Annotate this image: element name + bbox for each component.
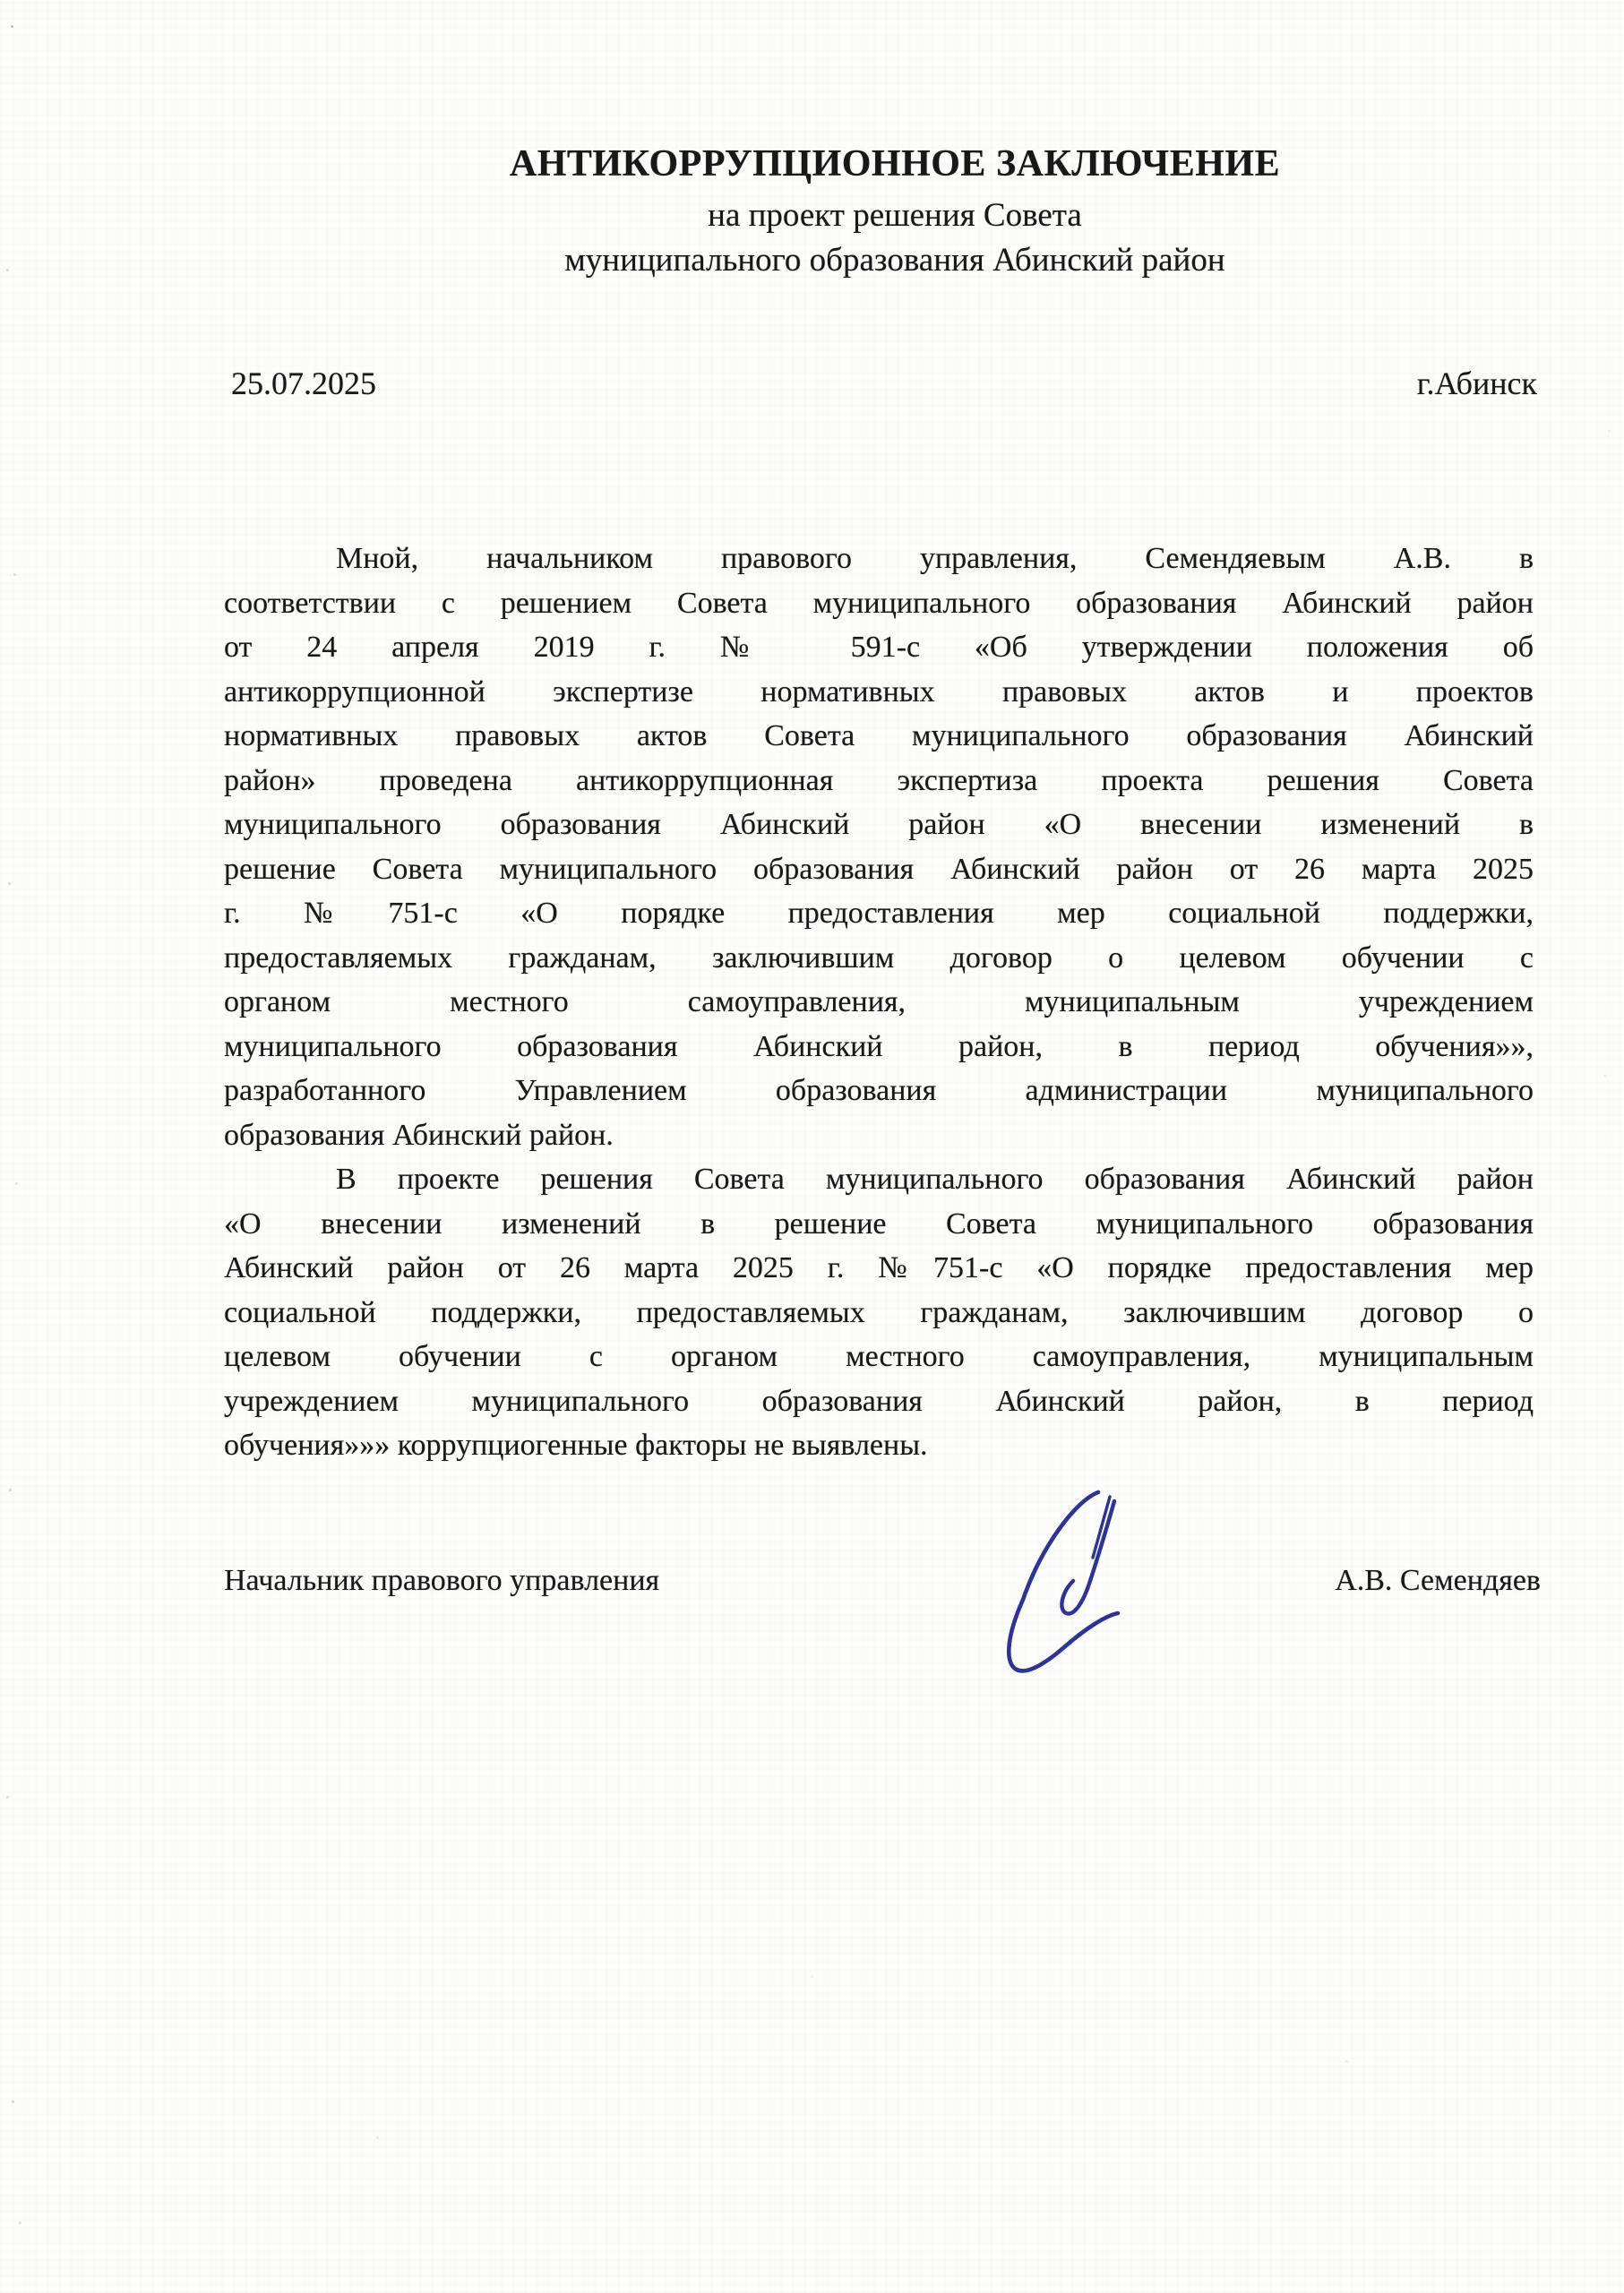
text-line: г. №751-с «О порядке предоставления мер … (224, 891, 1534, 936)
text-line: органом местного самоуправления, муницип… (224, 980, 1534, 1025)
document-date: 25.07.2025 (231, 362, 376, 406)
text-line: соответствии с решением Совета муниципал… (224, 581, 1534, 626)
text-line: муниципального образования Абинский райо… (224, 803, 1534, 847)
document-header: АНТИКОРРУПЦИОННОЕ ЗАКЛЮЧЕНИЕ на проект р… (240, 142, 1550, 283)
scan-noise-speckles (0, 0, 3, 3)
signature-strokes (1009, 1492, 1118, 1670)
text-line: предоставляемых гражданам, заключившим д… (224, 936, 1534, 981)
scanned-document-page: АНТИКОРРУПЦИОННОЕ ЗАКЛЮЧЕНИЕ на проект р… (0, 0, 1624, 2293)
text-line: Мной, начальником правового управления, … (224, 537, 1534, 581)
document-place: г.Абинск (1417, 362, 1537, 406)
text-line: район» проведена антикоррупционная экспе… (224, 759, 1534, 803)
document-body: Мной, начальником правового управления, … (224, 537, 1534, 1468)
signatory-name: А.В. Семендяев (1335, 1559, 1541, 1602)
document-title: АНТИКОРРУПЦИОННОЕ ЗАКЛЮЧЕНИЕ (240, 142, 1550, 186)
text-line: обучения»»» коррупциогенные факторы не в… (224, 1423, 1534, 1468)
text-line: решение Совета муниципального образовани… (224, 847, 1534, 892)
text-line: от 24 апреля 2019 г. № 591-с «Об утвержд… (224, 625, 1534, 670)
text-line: учреждением муниципального образования А… (224, 1379, 1534, 1424)
text-line: В проекте решения Совета муниципального … (224, 1157, 1534, 1202)
text-line: образования Абинский район. (224, 1113, 1534, 1158)
text-line: целевом обучении с органом местного само… (224, 1335, 1534, 1379)
handwritten-signature-ink (967, 1467, 1156, 1745)
text-line: муниципального образования Абинский райо… (224, 1025, 1534, 1069)
date-place-row: 25.07.2025 г.Абинск (231, 362, 1537, 406)
paragraph-2: В проекте решения Совета муниципального … (224, 1157, 1534, 1468)
signature-row: Начальник правового управления А.В. Семе… (224, 1559, 1541, 1602)
signatory-position: Начальник правового управления (224, 1559, 659, 1602)
text-line: разработанного Управлением образования а… (224, 1069, 1534, 1113)
subtitle-line-1: на проект решения Совета (240, 193, 1550, 238)
document-subtitle: на проект решения Совета муниципального … (240, 193, 1550, 283)
text-line: «О внесении изменений в решение Совета м… (224, 1202, 1534, 1247)
text-line: социальной поддержки, предоставляемых гр… (224, 1291, 1534, 1335)
text-line: нормативных правовых актов Совета муници… (224, 714, 1534, 759)
text-line: Абинский район от 26 марта 2025 г. №751-… (224, 1246, 1534, 1291)
text-line: антикоррупционной экспертизе нормативных… (224, 670, 1534, 715)
subtitle-line-2: муниципального образования Абинский райо… (240, 238, 1550, 283)
paragraph-1: Мной, начальником правового управления, … (224, 537, 1534, 1157)
